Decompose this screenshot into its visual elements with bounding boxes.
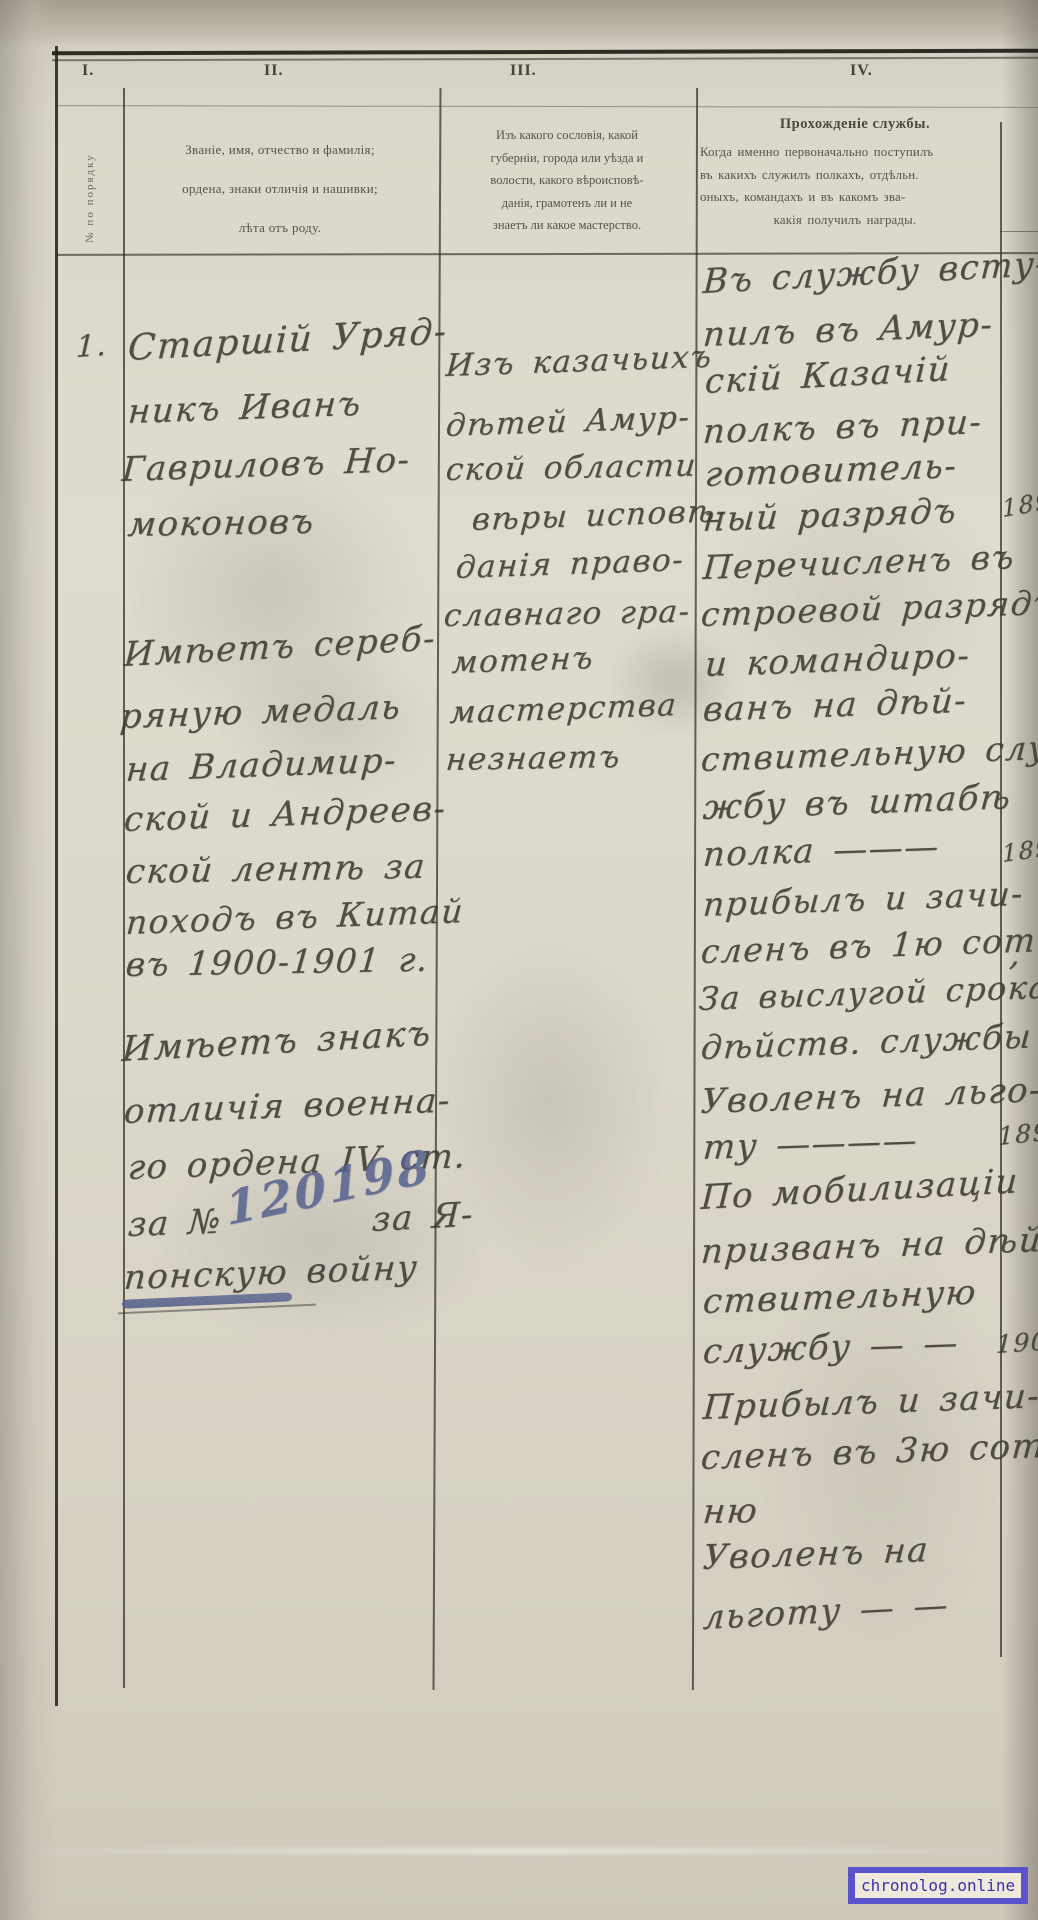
scanned-document-page: I. II. III. IV. № по порядку Званіе, имя… xyxy=(0,0,1038,1920)
paper-crease xyxy=(0,1848,1038,1854)
watermark-badge: chronolog.online xyxy=(848,1867,1028,1904)
scan-vignette xyxy=(0,0,1038,1920)
watermark-text: chronolog.online xyxy=(855,1873,1021,1898)
